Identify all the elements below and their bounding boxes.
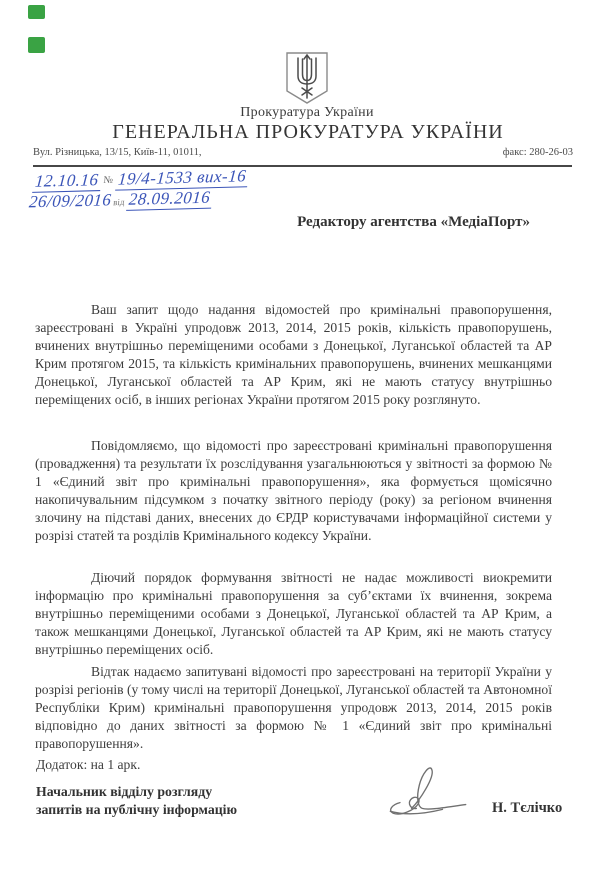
org-fax: факс: 280-26-03 [503,147,573,158]
signer-name: Н. Тєлічко [492,800,562,817]
org-address: Вул. Різницька, 13/15, Київ-11, 01011, [33,147,202,158]
signer-position-line2: запитів на публічну інформацію [36,801,237,819]
outgoing-number: 19/4-1533 вих-16 [115,166,249,191]
body-paragraph-3: Діючий порядок формування звітності не н… [35,569,552,659]
from-label: від [113,197,125,207]
request-date: 28.09.2016 [126,188,213,211]
handwritten-incoming-reference: 26/09/2016від28.09.2016 [28,188,213,213]
body-paragraph-1: Ваш запит щодо надання відомостей про кр… [35,301,552,410]
address-row: Вул. Різницька, 13/15, Київ-11, 01011, ф… [33,147,573,158]
letterhead-divider [33,165,572,167]
body-paragraph-4: Відтак надаємо запитувані відомості про … [35,663,552,753]
addressee: Редактору агентства «МедіаПорт» [297,214,530,231]
green-stamp-top [28,5,45,19]
org-title: ГЕНЕРАЛЬНА ПРОКУРАТУРА УКРАЇНИ [8,121,600,144]
outgoing-date: 12.10.16 [32,170,101,193]
ukraine-trident-emblem-icon [284,51,330,110]
signer-position-line1: Начальник відділу розгляду [36,783,237,801]
signer-position: Начальник відділу розгляду запитів на пу… [36,783,237,819]
scanned-letter-page: Прокуратура України ГЕНЕРАЛЬНА ПРОКУРАТУ… [0,0,600,871]
number-sign: № [103,175,113,186]
org-name-small: Прокуратура України [7,105,600,121]
incoming-date: 26/09/2016 [28,190,112,211]
handwritten-signature [384,762,472,825]
handwritten-outgoing-reference: 12.10.16№19/4-1533 вих-16 [32,166,249,192]
body-paragraph-2: Повідомляємо, що відомості про зареєстро… [35,437,552,546]
attachment-note: Додаток: на 1 арк. [36,757,140,773]
green-stamp-bottom [28,37,45,53]
